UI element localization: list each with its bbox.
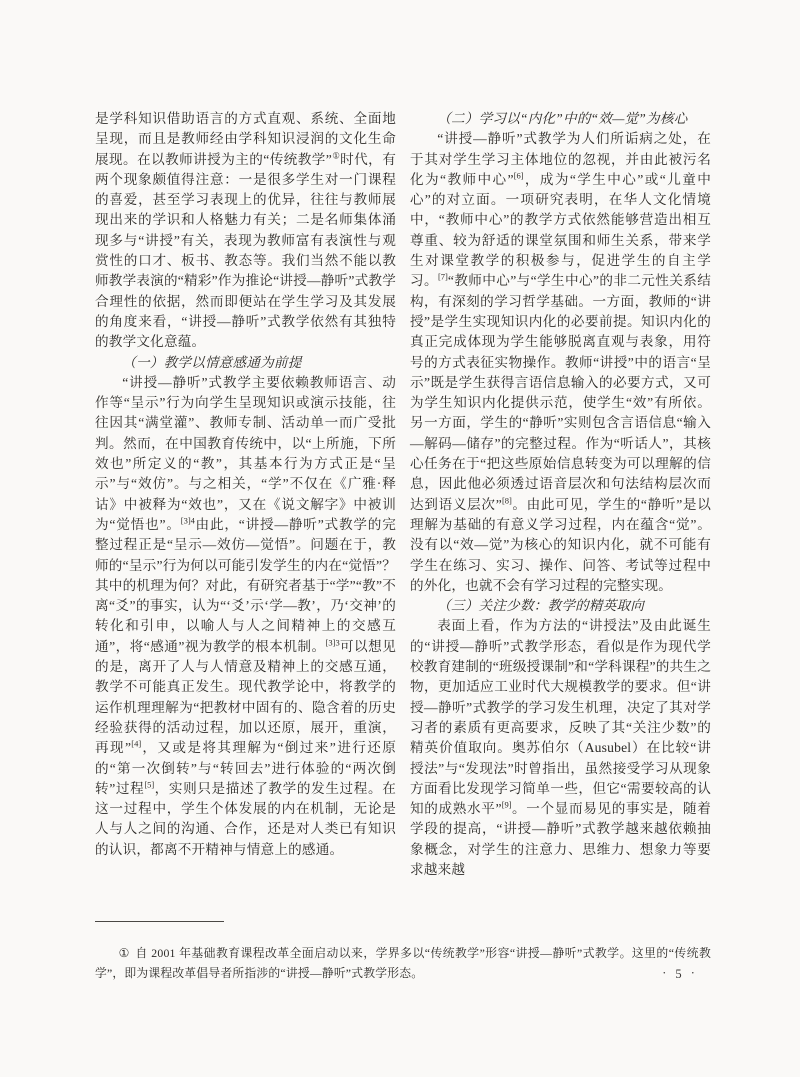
page-number-left-dot: · <box>662 965 666 981</box>
section-heading: （一）教学以情意感通为前提 <box>95 353 396 373</box>
paragraph: 表面上看，作为方法的“讲授法”及由此诞生的“讲授—静听”式教学形态，看似是作为现… <box>410 616 711 880</box>
text-run: “讲授—静听”式教学主要依赖教师语言、动作等“呈示”行为向学生呈现知识或演示技能… <box>95 375 396 532</box>
citation-superscript: [3]4 <box>181 515 195 525</box>
text-run: 时代，有两个现象颇值得注意：一是很多学生对一门课程的喜爱，甚至学习表现上的优异，… <box>95 152 396 350</box>
text-run: 表面上看，作为方法的“讲授法”及由此诞生的“讲授—静听”式教学形态，看似是作为现… <box>410 618 711 816</box>
citation-superscript: [3]3 <box>326 637 340 647</box>
column-left: 是学科知识借助语言的方式直观、系统、全面地呈现，而且是教师经由学科知识浸润的文化… <box>95 109 396 880</box>
paragraph: “讲授—静听”式教学为人们所诟病之处，在于其对学生学习主体地位的忽视，并由此被污… <box>410 129 711 596</box>
text-columns: 是学科知识借助语言的方式直观、系统、全面地呈现，而且是教师经由学科知识浸润的文化… <box>95 109 711 880</box>
citation-superscript: [9] <box>502 800 512 810</box>
page-number: ·5· <box>662 966 695 982</box>
paragraph: 是学科知识借助语言的方式直观、系统、全面地呈现，而且是教师经由学科知识浸润的文化… <box>95 109 396 353</box>
text-run: ，成为“学生中心”或“儿童中心”的对立面。一项研究表明，在华人文化情境中，“教师… <box>410 172 711 288</box>
citation-superscript: [6] <box>514 170 524 180</box>
footnote-text: 自 2001 年基础教育课程改革全面启动以来，学界多以“传统教学”形容“讲授—静… <box>95 946 711 981</box>
page-number-right-dot: · <box>691 965 695 981</box>
citation-superscript: [4] <box>131 739 141 749</box>
section-heading: （三）关注少数：教学的精英取向 <box>410 596 711 616</box>
footnote-marker: ① <box>119 946 130 960</box>
footnote-divider <box>95 921 224 922</box>
citation-superscript: [5] <box>144 779 154 789</box>
paragraph: “讲授—静听”式教学主要依赖教师语言、动作等“呈示”行为向学生呈现知识或演示技能… <box>95 373 396 860</box>
footnote-reference-marker: ① <box>332 150 340 160</box>
citation-superscript: [7] <box>438 272 448 282</box>
section-heading: （二）学习以“内化”中的“效—觉”为核心 <box>410 109 711 129</box>
column-right: （二）学习以“内化”中的“效—觉”为核心“讲授—静听”式教学为人们所诟病之处，在… <box>410 109 711 880</box>
page-number-value: 5 <box>675 967 681 982</box>
citation-superscript: [8] <box>502 495 512 505</box>
text-run: 由此，“讲授—静听”式教学的完整过程正是“呈示—效仿—觉悟”。问题在于，教师的“… <box>95 517 396 654</box>
text-run: “教师中心”与“学生中心”的非二元性关系结构，有深刻的学习哲学基础。一方面，教师… <box>410 273 711 511</box>
footnote: ①自 2001 年基础教育课程改革全面启动以来，学界多以“传统教学”形容“讲授—… <box>95 943 711 984</box>
document-page: 是学科知识借助语言的方式直观、系统、全面地呈现，而且是教师经由学科知识浸润的文化… <box>0 0 800 1077</box>
